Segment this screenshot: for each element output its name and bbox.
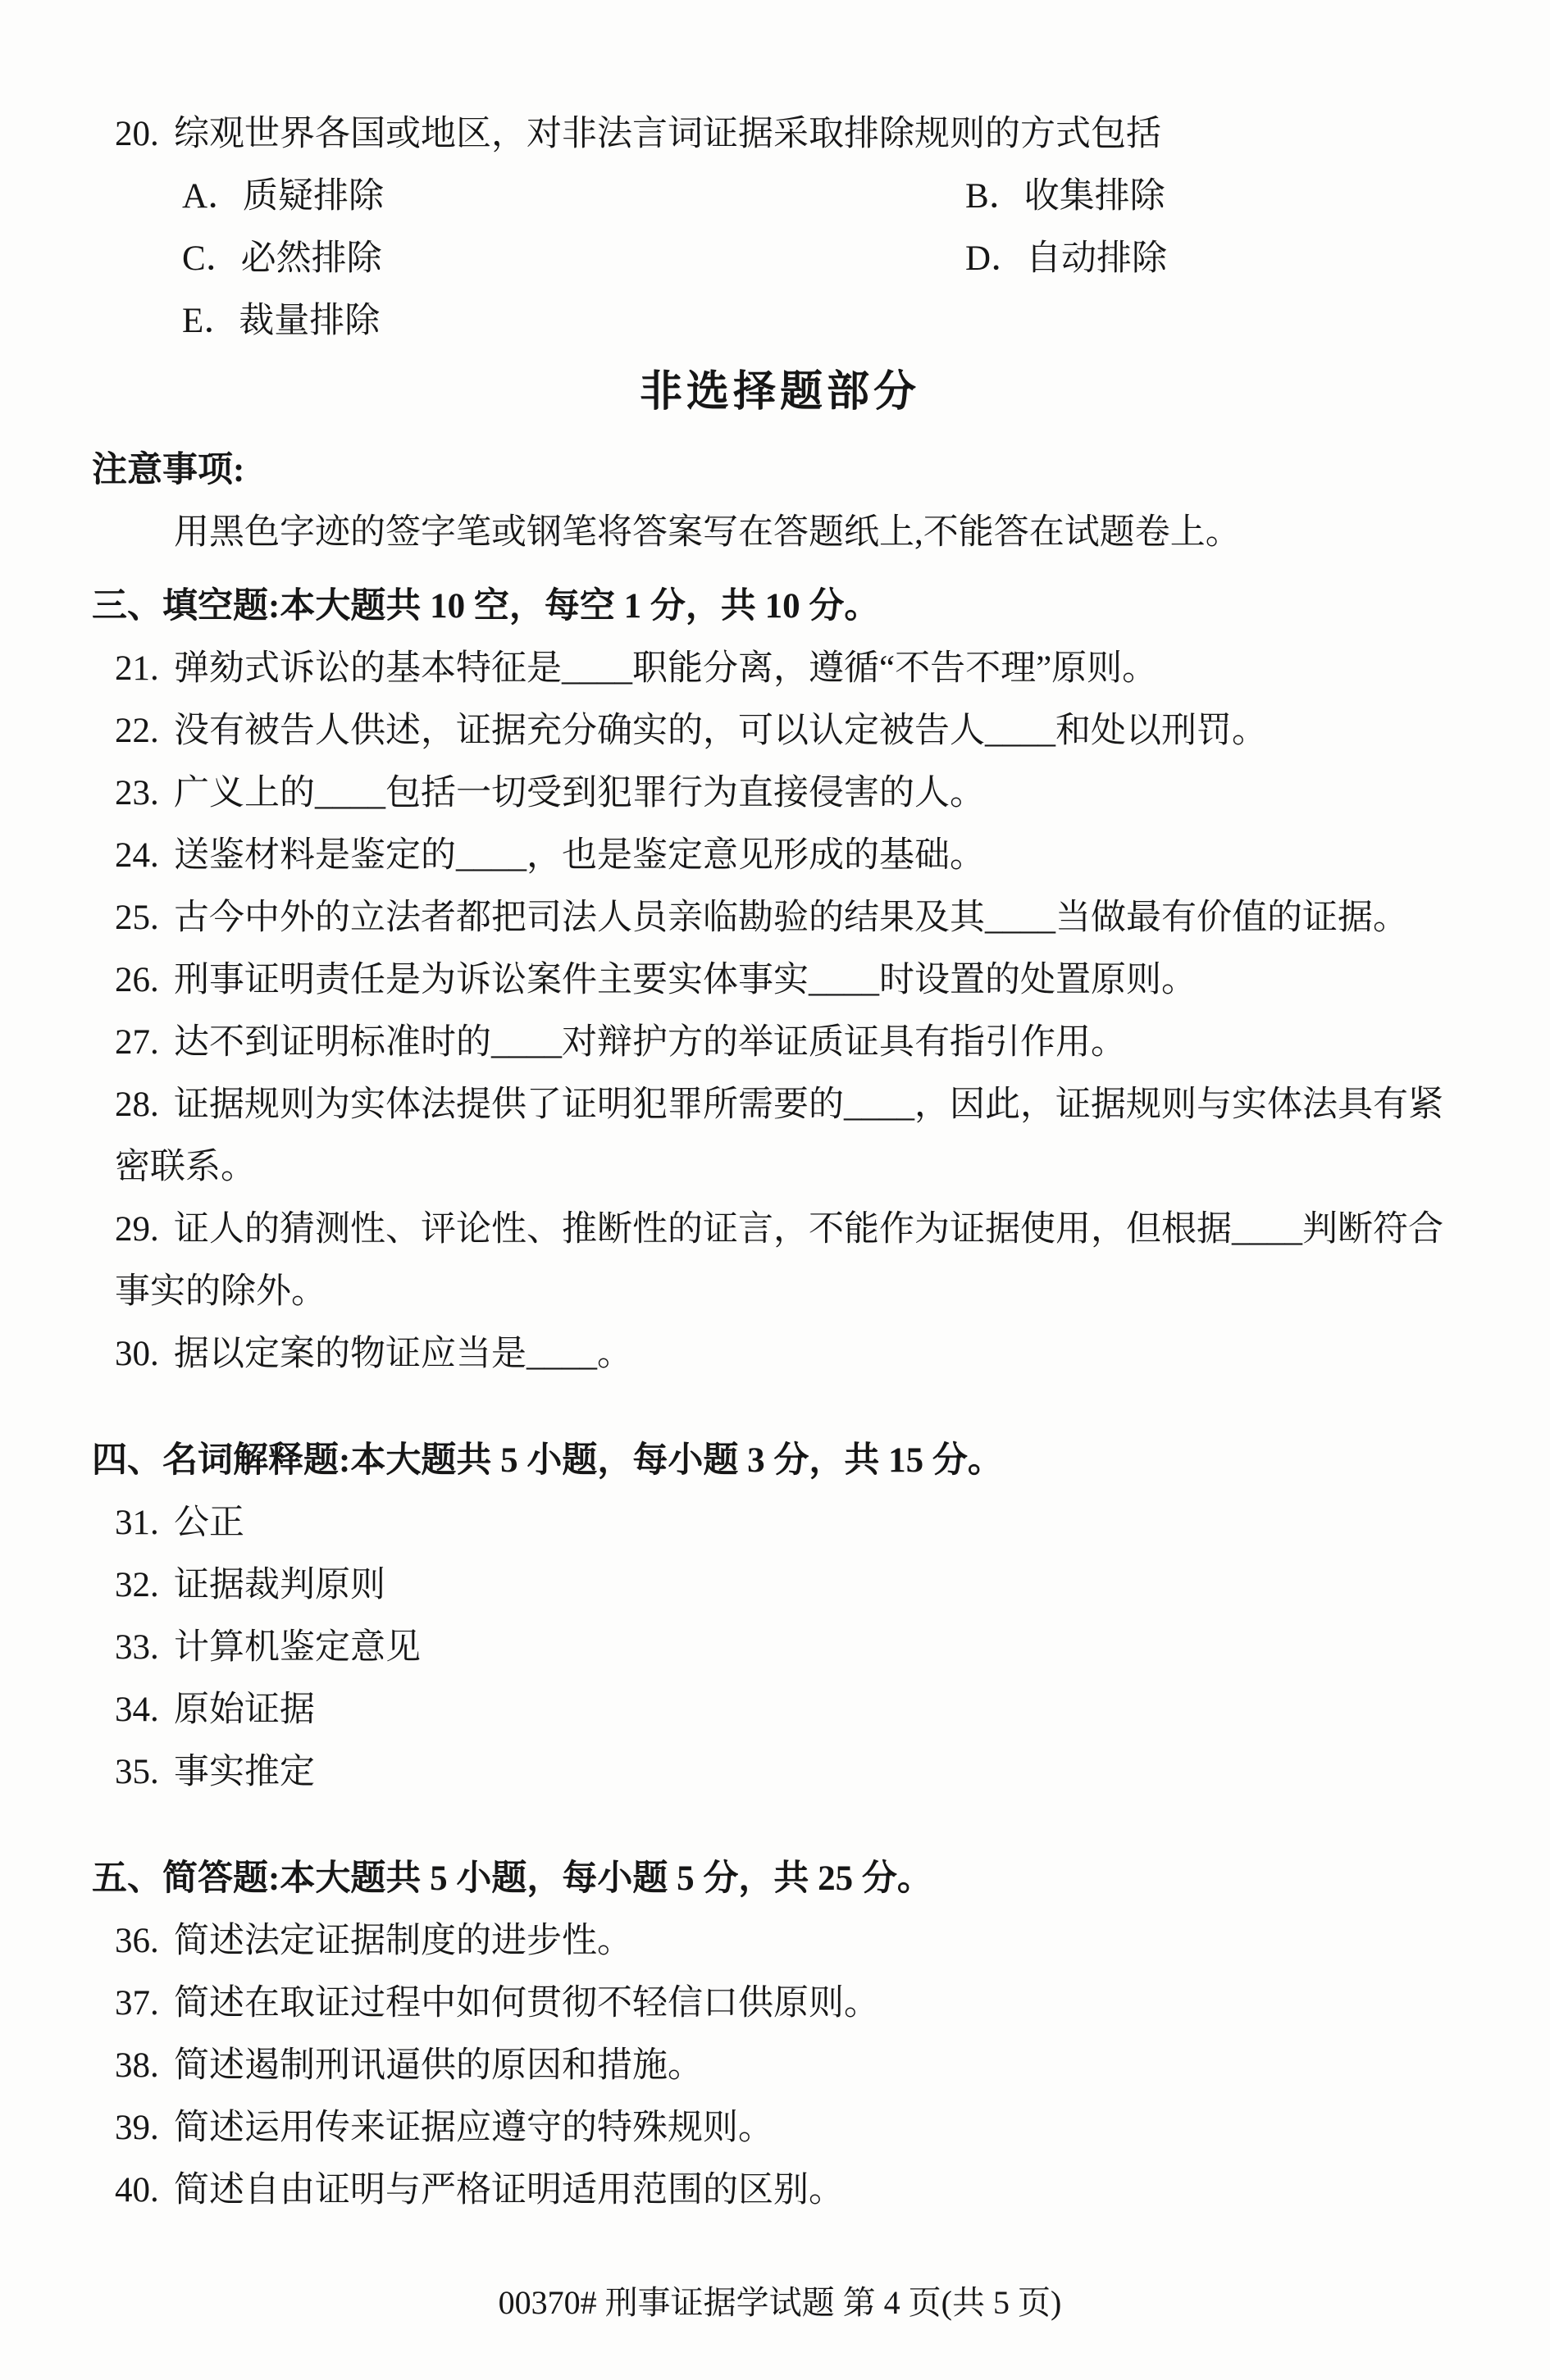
question-30: 30.据以定案的物证应当是____。 [92,1323,1468,1386]
question-number: 29. [115,1199,174,1261]
question-25: 25.古今中外的立法者都把司法人员亲临勘验的结果及其____当做最有价值的证据。 [92,887,1468,949]
section-heading: 四、名词解释题:本大题共 5 小题，每小题 3 分，共 15 分。 [92,1430,1468,1492]
question-33: 33.计算机鉴定意见 [92,1617,1468,1679]
question-text: 计算机鉴定意见 [174,1628,421,1667]
option-a: A．质疑排除 [182,166,965,228]
option-b: B．收集排除 [965,166,1468,228]
question-text: 送鉴材料是鉴定的____，也是鉴定意见形成的基础。 [174,836,985,875]
question-number: 39. [115,2097,174,2159]
question-number: 27. [115,1012,174,1074]
question-text: 简述法定证据制度的进步性。 [174,1922,632,1960]
section-fill-in-the-blank: 三、填空题:本大题共 10 空，每空 1 分，共 10 分。 21.弹劾式诉讼的… [92,576,1468,1386]
section-definitions: 四、名词解释题:本大题共 5 小题，每小题 3 分，共 15 分。 31.公正 … [92,1430,1468,1804]
question-text: 证据裁判原则 [174,1566,385,1604]
question-32: 32.证据裁判原则 [92,1554,1468,1617]
question-number: 31. [115,1492,174,1554]
question-number: 34. [115,1679,174,1741]
question-20-options: A．质疑排除 B．收集排除 C．必然排除 D．自动排除 E．裁量排除 [182,166,1468,353]
question-36: 36.简述法定证据制度的进步性。 [92,1910,1468,1973]
question-35: 35.事实推定 [92,1741,1468,1804]
page-footer: 00370# 刑事证据学试题 第 4 页(共 5 页) [92,2272,1468,2334]
question-27: 27.达不到证明标准时的____对辩护方的举证质证具有指引作用。 [92,1012,1468,1074]
question-40: 40.简述自由证明与严格证明适用范围的区别。 [92,2159,1468,2222]
question-text: 证据规则为实体法提供了证明犯罪所需要的____，因此，证据规则与实体法具有紧密联… [115,1085,1443,1186]
question-number: 35. [115,1741,174,1804]
question-number: 40. [115,2159,174,2222]
question-number: 36. [115,1910,174,1973]
question-number: 26. [115,949,174,1012]
question-text: 古今中外的立法者都把司法人员亲临勘验的结果及其____当做最有价值的证据。 [174,899,1408,937]
question-number: 30. [115,1323,174,1386]
option-e: E．裁量排除 [182,290,965,353]
question-text: 公正 [174,1504,244,1542]
option-d: D．自动排除 [965,228,1468,290]
question-number: 24. [115,825,174,887]
section-heading: 三、填空题:本大题共 10 空，每空 1 分，共 10 分。 [92,576,1468,638]
notice-body: 用黑色字迹的签字笔或钢笔将答案写在答题纸上,不能答在试题卷上。 [92,502,1468,564]
question-text: 没有被告人供述，证据充分确实的，可以认定被告人____和处以刑罚。 [174,712,1267,750]
question-24: 24.送鉴材料是鉴定的____，也是鉴定意见形成的基础。 [92,825,1468,887]
question-31: 31.公正 [92,1492,1468,1554]
question-text: 证人的猜测性、评论性、推断性的证言，不能作为证据使用，但根据____判断符合事实… [115,1210,1443,1311]
question-21: 21.弹劾式诉讼的基本特征是____职能分离，遵循“不告不理”原则。 [92,638,1468,700]
question-number: 25. [115,887,174,949]
question-number: 28. [115,1074,174,1136]
question-text: 简述自由证明与严格证明适用范围的区别。 [174,2171,844,2209]
question-text: 弹劾式诉讼的基本特征是____职能分离，遵循“不告不理”原则。 [174,649,1157,688]
question-39: 39.简述运用传来证据应遵守的特殊规则。 [92,2097,1468,2159]
question-37: 37.简述在取证过程中如何贯彻不轻信口供原则。 [92,1973,1468,2035]
exam-page: 20.综观世界各国或地区，对非法言词证据采取排除规则的方式包括 A．质疑排除 B… [0,0,1550,2380]
question-text: 简述遏制刑讯逼供的原因和措施。 [174,2046,703,2085]
question-text: 简述运用传来证据应遵守的特殊规则。 [174,2109,773,2147]
question-text: 原始证据 [174,1691,315,1729]
notice-title: 注意事项: [92,439,1468,502]
question-22: 22.没有被告人供述，证据充分确实的，可以认定被告人____和处以刑罚。 [92,700,1468,762]
question-text: 达不到证明标准时的____对辩护方的举证质证具有指引作用。 [174,1023,1126,1062]
question-28: 28.证据规则为实体法提供了证明犯罪所需要的____，因此，证据规则与实体法具有… [92,1074,1468,1199]
section-short-answer: 五、简答题:本大题共 5 小题，每小题 5 分，共 25 分。 36.简述法定证… [92,1848,1468,2222]
section-heading: 五、简答题:本大题共 5 小题，每小题 5 分，共 25 分。 [92,1848,1468,1910]
question-20: 20.综观世界各国或地区，对非法言词证据采取排除规则的方式包括 [92,103,1468,166]
question-number: 37. [115,1973,174,2035]
question-text: 事实推定 [174,1753,315,1791]
question-text: 刑事证明责任是为诉讼案件主要实体事实____时设置的处置原则。 [174,961,1197,999]
question-text: 综观世界各国或地区，对非法言词证据采取排除规则的方式包括 [174,115,1161,153]
question-number: 20. [115,103,174,166]
question-text: 广义上的____包括一切受到犯罪行为直接侵害的人。 [174,774,985,812]
question-number: 21. [115,638,174,700]
question-text: 简述在取证过程中如何贯彻不轻信口供原则。 [174,1984,879,2023]
question-number: 22. [115,700,174,762]
question-number: 23. [115,762,174,825]
question-23: 23.广义上的____包括一切受到犯罪行为直接侵害的人。 [92,762,1468,825]
question-text: 据以定案的物证应当是____。 [174,1335,632,1373]
question-26: 26.刑事证明责任是为诉讼案件主要实体事实____时设置的处置原则。 [92,949,1468,1012]
question-29: 29.证人的猜测性、评论性、推断性的证言，不能作为证据使用，但根据____判断符… [92,1199,1468,1323]
part-title: 非选择题部分 [92,357,1468,428]
question-number: 32. [115,1554,174,1617]
question-number: 33. [115,1617,174,1679]
question-34: 34.原始证据 [92,1679,1468,1741]
question-number: 38. [115,2035,174,2097]
option-c: C．必然排除 [182,228,965,290]
question-38: 38.简述遏制刑讯逼供的原因和措施。 [92,2035,1468,2097]
